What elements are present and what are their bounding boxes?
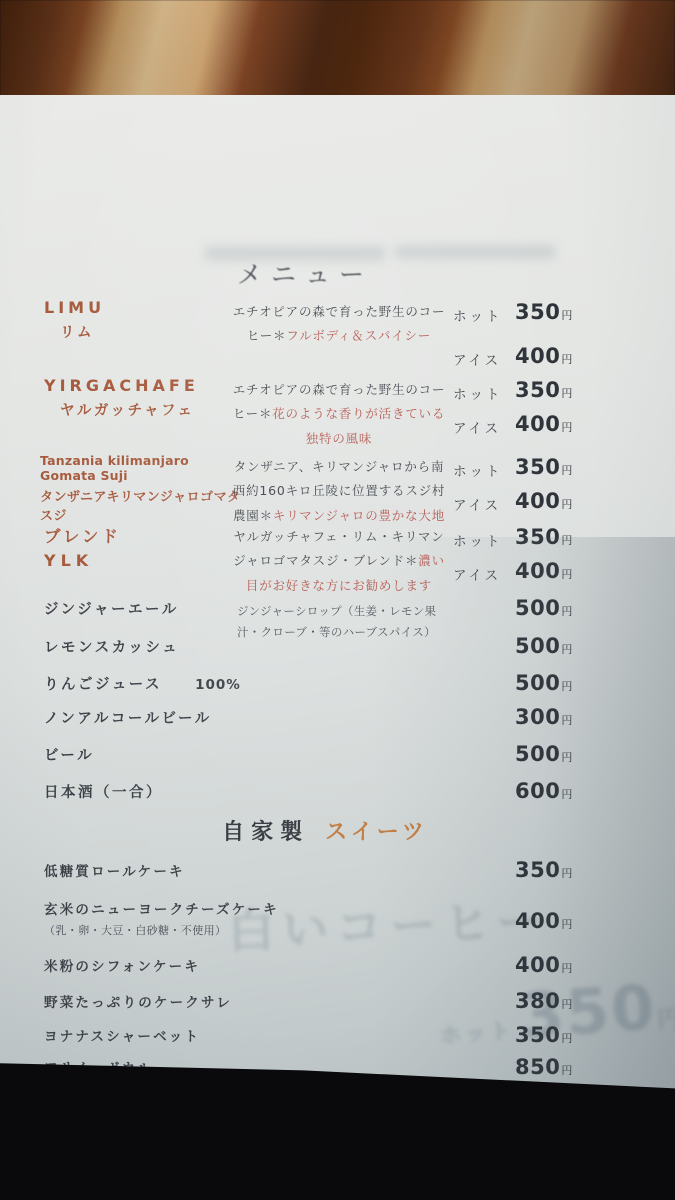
price-value: 400 [515, 489, 560, 513]
hot-price-row: ホット 350円 [453, 530, 623, 550]
item-name: 玄米のニューヨークチーズケーキ [44, 902, 279, 918]
item-name: ノンアルコールビール [44, 711, 212, 727]
item-name: Tanzania kilimanjaro Gomata Suji タンザニアキリ… [40, 453, 245, 524]
price: 350円 [515, 1023, 572, 1047]
price-value: 350 [515, 300, 560, 324]
item-name: ヨナナスシャーベット [44, 1029, 200, 1045]
price: 350円 [515, 525, 572, 549]
item-name: 野菜たっぷりのケークサレ [44, 995, 232, 1011]
price: 400円 [515, 953, 572, 977]
price-value: 500 [515, 671, 560, 695]
yen-suffix: 円 [561, 751, 572, 764]
sweets-heading-homemade: 自家製 [222, 820, 309, 845]
item-description: エチオピアの森で育った野生のコーヒー＊花のような香りが活きている独特の風味 [229, 378, 449, 451]
price-value: 500 [515, 596, 560, 620]
ice-price-row: アイス 400円 [453, 349, 623, 369]
yen-suffix: 円 [561, 1064, 572, 1077]
price-value: 400 [515, 909, 560, 933]
menu-paper: 白いコーヒー ホット350円 アイス400円 メニュー LIMU リム エチオピ… [0, 95, 675, 1200]
price: 350円 [515, 858, 572, 882]
price-value: 400 [515, 344, 560, 368]
price: 400円 [515, 344, 572, 368]
sweets-section-heading: 自家製スイーツ [0, 815, 650, 846]
price-value: 350 [515, 378, 560, 402]
item-name: ビール [44, 748, 94, 764]
yen-suffix: 円 [561, 421, 572, 434]
menu-item-roll-cake: 低糖質ロールケーキ 350円 [44, 860, 634, 880]
ice-price-row: アイス 400円 [453, 564, 623, 584]
yen-suffix: 円 [561, 387, 572, 400]
price: 500円 [515, 742, 572, 766]
price: 350円 [515, 455, 572, 479]
hot-price-row: ホット 350円 [453, 383, 623, 403]
menu-item-chiffon-cake: 米粉のシフォンケーキ 400円 [44, 955, 634, 975]
desc-plain: ヤルガッチャフェ・リム・キリマンジャロゴマタスジ・ブレンド＊ [233, 529, 444, 568]
showthrough-yen: 円 [656, 1005, 675, 1035]
item-name: 米粉のシフォンケーキ [44, 959, 200, 975]
ice-price-row: アイス 400円 [453, 417, 623, 437]
yen-suffix: 円 [561, 918, 572, 931]
item-name: LIMU リム [44, 298, 239, 342]
price: 380円 [515, 989, 572, 1013]
item-name-ja: タンザニアキリマンジャロゴマタスジ [40, 486, 245, 524]
price-value: 400 [515, 559, 560, 583]
item-description: エチオピアの森で育った野生のコーヒー＊フルボディ＆スパイシー [229, 300, 449, 349]
price-value: 600 [515, 779, 560, 803]
item-name: ブレンド YLK [44, 523, 239, 570]
ice-label: アイス [453, 498, 501, 514]
yen-suffix: 円 [561, 680, 572, 693]
price-value: 400 [515, 953, 560, 977]
yen-suffix: 円 [561, 568, 572, 581]
menu-item-apple-juice: りんごジュース 100% 500円 [44, 673, 634, 703]
item-name-en: Tanzania kilimanjaro Gomata Suji [40, 453, 245, 483]
menu-item-beer: ビール 500円 [44, 744, 634, 774]
item-description: ヤルガッチャフェ・リム・キリマンジャロゴマタスジ・ブレンド＊濃い目がお好きな方に… [229, 525, 449, 598]
item-name: YIRGACHAFE ヤルガッチャフェ [44, 376, 239, 420]
hot-price-row: ホット 350円 [453, 305, 623, 325]
item-description: タンザニア、キリマンジャロから南西約160キロ丘陵に位置するスジ村農園＊キリマン… [229, 455, 449, 528]
menu-item-cake-sale: 野菜たっぷりのケークサレ 380円 [44, 991, 634, 1011]
price: 400円 [515, 909, 572, 933]
yen-suffix: 円 [561, 962, 572, 975]
menu-item-sake: 日本酒（一合） 600円 [44, 781, 634, 811]
yen-suffix: 円 [561, 464, 572, 477]
item-name: りんごジュース [44, 677, 162, 693]
sweets-heading-sweets: スイーツ [325, 820, 428, 845]
price: 300円 [515, 705, 572, 729]
menu-item-tanzania: Tanzania kilimanjaro Gomata Suji タンザニアキリ… [0, 453, 675, 533]
item-name-ja: ヤルガッチャフェ [60, 399, 239, 420]
menu-item-yonanas-sherbet: ヨナナスシャーベット 350円 [44, 1025, 634, 1045]
ice-label: アイス [453, 421, 501, 437]
item-name-en: LIMU [44, 298, 239, 317]
item-name-en: YIRGACHAFE [44, 376, 239, 395]
yen-suffix: 円 [561, 534, 572, 547]
ice-price-row: アイス 400円 [453, 494, 623, 514]
item-name: ジンジャーエール [44, 602, 179, 618]
price: 350円 [515, 378, 572, 402]
menu-photo: 白いコーヒー ホット350円 アイス400円 メニュー LIMU リム エチオピ… [0, 0, 675, 1200]
ice-label: アイス [453, 353, 501, 369]
yen-suffix: 円 [561, 788, 572, 801]
menu-item-lemon-squash: レモンスカッシュ 500円 [44, 636, 634, 666]
price-value: 500 [515, 742, 560, 766]
hot-label: ホット [453, 309, 503, 325]
wood-table-surface [0, 0, 675, 99]
menu-item-non-alcoholic-beer: ノンアルコールビール 300円 [44, 707, 634, 737]
price: 500円 [515, 671, 572, 695]
yen-suffix: 円 [561, 1032, 572, 1045]
item-name-ja: ブレンド [44, 523, 239, 547]
price: 850円 [515, 1055, 572, 1079]
yen-suffix: 円 [561, 498, 572, 511]
item-qualifier: 100% [195, 677, 241, 693]
price-value: 500 [515, 634, 560, 658]
desc-highlight: 花のような香りが活きている独特の風味 [272, 406, 445, 445]
price-value: 300 [515, 705, 560, 729]
price: 500円 [515, 596, 572, 620]
price: 400円 [515, 489, 572, 513]
item-name: 低糖質ロールケーキ [44, 864, 185, 880]
yen-suffix: 円 [561, 643, 572, 656]
yen-suffix: 円 [561, 998, 572, 1011]
desc-highlight: フルボディ＆スパイシー [286, 328, 431, 343]
price-value: 850 [515, 1055, 560, 1079]
price-value: 350 [515, 858, 560, 882]
price: 400円 [515, 412, 572, 436]
item-name-en: YLK [44, 551, 239, 570]
menu-item-blend-ylk: ブレンド YLK ヤルガッチャフェ・リム・キリマンジャロゴマタスジ・ブレンド＊濃… [0, 523, 675, 603]
item-name: 日本酒（一合） [44, 785, 163, 801]
ice-label: アイス [453, 568, 501, 584]
hot-label: ホット [453, 534, 503, 550]
yen-suffix: 円 [561, 867, 572, 880]
menu-title: メニュー [0, 255, 610, 291]
hot-label: ホット [453, 387, 503, 403]
menu-item-cheesecake: 玄米のニューヨークチーズケーキ （乳・卵・大豆・白砂糖・不使用） 400円 [44, 898, 634, 938]
price-value: 400 [515, 412, 560, 436]
menu-item-ginger-ale: ジンジャーエール ジンジャーシロップ（生姜・レモン果汁・クローブ・等のハーブスパ… [44, 598, 634, 628]
price-value: 350 [515, 455, 560, 479]
price-value: 380 [515, 989, 560, 1013]
menu-item-limu: LIMU リム エチオピアの森で育った野生のコーヒー＊フルボディ＆スパイシー ホ… [0, 298, 675, 378]
yen-suffix: 円 [561, 353, 572, 366]
item-name: レモンスカッシュ [44, 640, 179, 656]
item-name-ja: リム [60, 321, 239, 342]
yen-suffix: 円 [561, 309, 572, 322]
price: 600円 [515, 779, 572, 803]
price: 500円 [515, 634, 572, 658]
price-value: 350 [515, 525, 560, 549]
hot-price-row: ホット 350円 [453, 460, 623, 480]
hot-label: ホット [453, 464, 503, 480]
desc-highlight: キリマンジャロの豊かな大地 [273, 508, 445, 523]
price-value: 350 [515, 1023, 560, 1047]
menu-item-yirgachafe: YIRGACHAFE ヤルガッチャフェ エチオピアの森で育った野生のコーヒー＊花… [0, 376, 675, 456]
yen-suffix: 円 [561, 605, 572, 618]
yen-suffix: 円 [561, 714, 572, 727]
price: 350円 [515, 300, 572, 324]
price: 400円 [515, 559, 572, 583]
